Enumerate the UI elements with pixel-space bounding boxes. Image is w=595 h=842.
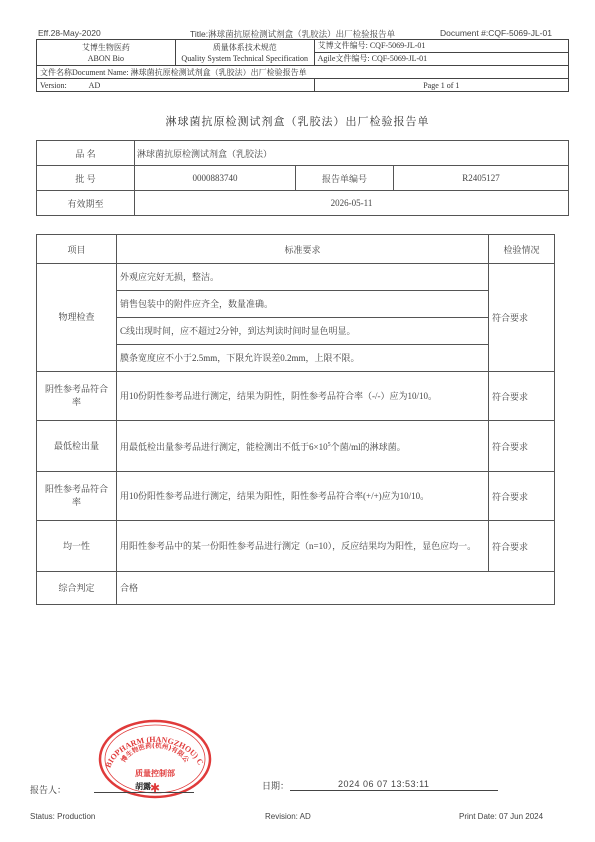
item-cell: 物理检查	[37, 264, 117, 372]
result-cell: 符合要求	[489, 372, 555, 421]
item-cell: 阳性参考品符合率	[37, 472, 117, 521]
table-row: 物理检查 外观应完好无损，整洁。 符合要求	[37, 264, 555, 291]
footer-status: Status: Production	[30, 812, 95, 821]
table-row: 均一性 用阳性参考品中的某一份阳性参考品进行测定（n=10），反应结果均为阳性，…	[37, 521, 555, 572]
standard-text-pre: 用最低检出量参考品进行测定，能检测出不低于6×10	[120, 442, 328, 452]
header-table: 艾博生物医药 ABON Bio 质量体系技术规范 Quality System …	[36, 39, 569, 92]
standard-cell: 用最低检出量参考品进行测定，能检测出不低于6×105个菌/ml的淋球菌。	[117, 421, 489, 472]
footer-print-date: Print Date: 07 Jun 2024	[459, 812, 543, 821]
table-row: 阳性参考品符合率 用10份阳性参考品进行测定，结果为阳性，阳性参考品符合率(+/…	[37, 472, 555, 521]
version-value: AD	[89, 81, 101, 90]
abon-doc-number: 艾博文件编号: CQF-5069-JL-01	[315, 40, 568, 53]
table-header-row: 项目 标准要求 检验情况	[37, 235, 555, 264]
version-cell: Version: AD	[37, 79, 315, 92]
company-seal-stamp: ABON BIOPHARM (HANGZHOU) CO., LTD 艾博生物医药…	[97, 718, 213, 800]
reporter-name: 胡露	[135, 781, 151, 792]
company-cell: 艾博生物医药 ABON Bio	[37, 40, 176, 66]
document-name: 文件名称Document Name: 淋球菌抗原检测试剂盒（乳胶法）出厂检验报告…	[37, 66, 569, 79]
header-item: 项目	[37, 235, 117, 264]
batch-label: 批 号	[37, 166, 135, 191]
product-info-table: 品 名 淋球菌抗原检测试剂盒（乳胶法） 批 号 0000883740 报告单编号…	[36, 140, 569, 216]
version-label: Version:	[40, 81, 67, 90]
company-cn: 艾博生物医药	[40, 42, 172, 53]
report-date-value: 2024 06 07 13:53:11	[338, 779, 429, 789]
overall-result-cell: 合格	[117, 572, 555, 605]
reporter-signature-line	[94, 792, 194, 793]
standard-cell: 膜条宽度应不小于2.5mm，下限允许误差0.2mm，上限不限。	[117, 345, 489, 372]
report-number-value: R2405127	[394, 166, 569, 191]
stamp-department: 质量控制部	[135, 768, 175, 778]
inspection-table: 项目 标准要求 检验情况 物理检查 外观应完好无损，整洁。 符合要求 销售包装中…	[36, 234, 555, 605]
standard-cell: 用10份阴性参考品进行测定，结果为阴性，阴性参考品符合率（-/-）应为10/10…	[117, 372, 489, 421]
footer-revision: Revision: AD	[265, 812, 311, 821]
item-cell: 阴性参考品符合率	[37, 372, 117, 421]
result-cell: 符合要求	[489, 421, 555, 472]
header-standard: 标准要求	[117, 235, 489, 264]
expiry-value: 2026-05-11	[135, 191, 569, 216]
effective-date: Eff.28-May-2020	[38, 28, 101, 38]
standard-cell: 用10份阳性参考品进行测定，结果为阳性，阳性参考品符合率(+/+)应为10/10…	[117, 472, 489, 521]
table-row: 阴性参考品符合率 用10份阴性参考品进行测定，结果为阴性，阴性参考品符合率（-/…	[37, 372, 555, 421]
table-row: 最低检出量 用最低检出量参考品进行测定，能检测出不低于6×105个菌/ml的淋球…	[37, 421, 555, 472]
item-cell: 均一性	[37, 521, 117, 572]
company-en: ABON Bio	[40, 53, 172, 64]
spec-cell: 质量体系技术规范 Quality System Technical Specif…	[175, 40, 314, 66]
standard-cell: 用阳性参考品中的某一份阳性参考品进行测定（n=10），反应结果均为阳性，显色应均…	[117, 521, 489, 572]
standard-cell: 外观应完好无损，整洁。	[117, 264, 489, 291]
report-number-label: 报告单编号	[296, 166, 394, 191]
document-number: Document #:CQF-5069-JL-01	[440, 28, 552, 38]
page-number: Page 1 of 1	[314, 79, 568, 92]
item-cell: 最低检出量	[37, 421, 117, 472]
item-cell: 综合判定	[37, 572, 117, 605]
date-label: 日期：	[262, 779, 289, 792]
standard-text-post: 个菌/ml的淋球菌。	[331, 442, 406, 452]
product-name-value: 淋球菌抗原检测试剂盒（乳胶法）	[135, 141, 569, 166]
date-line	[290, 790, 498, 791]
result-cell: 符合要求	[489, 472, 555, 521]
result-cell: 符合要求	[489, 521, 555, 572]
product-name-label: 品 名	[37, 141, 135, 166]
result-cell: 符合要求	[489, 264, 555, 372]
expiry-label: 有效期至	[37, 191, 135, 216]
header-result: 检验情况	[489, 235, 555, 264]
batch-value: 0000883740	[135, 166, 296, 191]
page-title: 淋球菌抗原检测试剂盒（乳胶法）出厂检验报告单	[0, 113, 595, 129]
spec-cn: 质量体系技术规范	[179, 42, 311, 53]
doc-number-cell: 艾博文件编号: CQF-5069-JL-01 Agile文件编号: CQF-50…	[314, 40, 568, 66]
standard-cell: C线出现时间，应不超过2分钟，到达判读时间时显色明显。	[117, 318, 489, 345]
table-row-overall: 综合判定 合格	[37, 572, 555, 605]
reporter-label: 报告人：	[30, 783, 66, 796]
standard-cell: 销售包装中的附件应齐全，数量准确。	[117, 291, 489, 318]
agile-doc-number: Agile文件编号: CQF-5069-JL-01	[315, 53, 568, 65]
spec-en: Quality System Technical Specification	[179, 53, 311, 64]
